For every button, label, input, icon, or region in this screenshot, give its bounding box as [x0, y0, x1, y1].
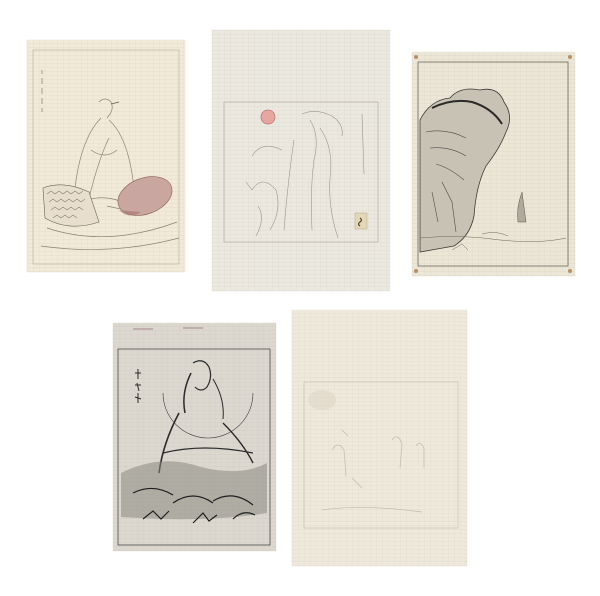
red-pot: [113, 170, 178, 223]
top-edge-stain: [133, 328, 203, 329]
faded-figures-illustration: [292, 310, 467, 566]
print-sheet-rocky-crag: [412, 52, 575, 276]
sail-icon: [518, 192, 527, 222]
print-sheet-figures-red-sun: [212, 30, 390, 291]
sage-boat-illustration: [27, 40, 185, 272]
crag-shape: [420, 89, 510, 252]
print-sheet-faded-figures: [292, 310, 467, 566]
pin-icon: [414, 269, 418, 273]
pin-icon: [414, 55, 418, 59]
halo: [163, 393, 253, 438]
print-sheet-sage-on-boat: [27, 40, 185, 272]
waves-rocks: [121, 461, 267, 523]
seated-figure-illustration: [113, 323, 276, 551]
water-stain: [308, 390, 336, 410]
figures-under-tree-illustration: [212, 30, 390, 291]
pin-icon: [568, 269, 572, 273]
pin-icon: [568, 55, 572, 59]
print-sheet-seated-figure-waves: [113, 323, 276, 551]
rocky-crag-illustration: [412, 52, 575, 276]
signature-calligraphy: [135, 369, 141, 403]
red-sun-icon: [261, 110, 275, 124]
